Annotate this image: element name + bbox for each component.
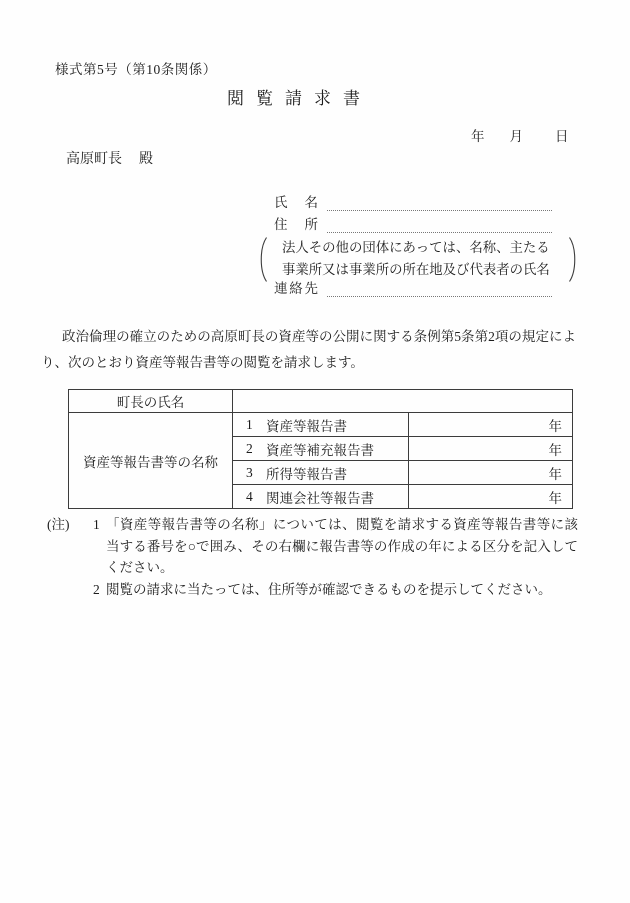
contact-field-label: 連絡先 bbox=[274, 280, 318, 297]
corporate-note: 法人その他の団体にあっては、名称、主たる 事業所又は事業所の所在地及び代表者の氏… bbox=[256, 236, 580, 283]
report-name: 関連会社等報告書 bbox=[266, 487, 374, 507]
report-number: 3 bbox=[246, 465, 254, 481]
date-line: 年月日 bbox=[471, 125, 569, 145]
note-number: 2 bbox=[93, 579, 106, 601]
list-item: 1 「資産等報告書等の名称」については、閲覧を請求する資産等報告書等に該当する番… bbox=[93, 514, 578, 579]
report-name: 資産等補充報告書 bbox=[266, 439, 374, 459]
address-field-row: 住所 bbox=[274, 216, 552, 233]
report-year-cell: 年 bbox=[409, 437, 573, 461]
name-field-row: 氏名 bbox=[274, 194, 552, 211]
date-year-label: 年 bbox=[471, 129, 485, 144]
report-year-cell: 年 bbox=[409, 485, 573, 509]
report-number: 2 bbox=[246, 441, 254, 457]
right-paren-icon bbox=[568, 236, 580, 283]
contact-field-row: 連絡先 bbox=[274, 280, 552, 297]
form-number: 様式第5号（第10条関係） bbox=[55, 58, 217, 78]
corporate-note-line1: 法人その他の団体にあっては、名称、主たる bbox=[282, 237, 554, 259]
request-statement: 政治倫理の確立のための高原町長の資産等の公開に関する条例第5条第2項の規定により… bbox=[41, 324, 576, 376]
notes-prefix: (注) bbox=[47, 514, 93, 600]
report-name: 資産等報告書 bbox=[266, 415, 347, 435]
inspection-request-form-page: 様式第5号（第10条関係） 閲覧請求書 年月日 高原町長殿 氏名 住所 法人その… bbox=[0, 0, 630, 903]
addressee-honorific: 殿 bbox=[139, 152, 153, 167]
report-name-cell: 2 資産等補充報告書 bbox=[233, 439, 408, 459]
contact-field-line bbox=[327, 280, 552, 297]
mayor-name-value-cell bbox=[233, 390, 573, 413]
address-field-line bbox=[327, 216, 552, 233]
note-number: 1 bbox=[93, 514, 106, 579]
corporate-note-text: 法人その他の団体にあっては、名称、主たる 事業所又は事業所の所在地及び代表者の氏… bbox=[268, 236, 568, 283]
note-text: 閲覧の請求に当たっては、住所等が確認できるものを提示してください。 bbox=[106, 579, 578, 601]
left-paren-icon bbox=[256, 236, 268, 283]
mayor-name-header: 町長の氏名 bbox=[69, 390, 233, 413]
date-month-label: 月 bbox=[510, 129, 524, 144]
report-year-cell: 年 bbox=[409, 461, 573, 485]
addressee-name: 高原町長 bbox=[66, 152, 122, 167]
date-day-label: 日 bbox=[555, 129, 569, 144]
name-field-label: 氏名 bbox=[274, 194, 318, 211]
report-number: 4 bbox=[246, 489, 254, 505]
notes-section: (注) 1 「資産等報告書等の名称」については、閲覧を請求する資産等報告書等に該… bbox=[47, 514, 578, 600]
notes-list: 1 「資産等報告書等の名称」については、閲覧を請求する資産等報告書等に該当する番… bbox=[93, 514, 578, 600]
report-name-cell: 4 関連会社等報告書 bbox=[233, 487, 408, 507]
table-row: 町長の氏名 bbox=[69, 390, 573, 413]
report-name: 所得等報告書 bbox=[266, 463, 347, 483]
report-name-cell: 1 資産等報告書 bbox=[233, 415, 408, 435]
address-field-label: 住所 bbox=[274, 216, 318, 233]
report-year-cell: 年 bbox=[409, 413, 573, 437]
report-number: 1 bbox=[246, 417, 254, 433]
report-name-cell: 3 所得等報告書 bbox=[233, 463, 408, 483]
page-title: 閲覧請求書 bbox=[227, 84, 372, 109]
report-names-group-label: 資産等報告書等の名称 bbox=[69, 413, 233, 509]
note-text: 「資産等報告書等の名称」については、閲覧を請求する資産等報告書等に該当する番号を… bbox=[106, 514, 578, 579]
table-row: 資産等報告書等の名称 1 資産等報告書 年 bbox=[69, 413, 573, 437]
name-field-line bbox=[327, 194, 552, 211]
request-table: 町長の氏名 資産等報告書等の名称 1 資産等報告書 年 2 資産等補充報告書 年 bbox=[68, 389, 573, 509]
addressee: 高原町長殿 bbox=[66, 148, 153, 168]
corporate-note-line2: 事業所又は事業所の所在地及び代表者の氏名 bbox=[282, 259, 554, 281]
list-item: 2 閲覧の請求に当たっては、住所等が確認できるものを提示してください。 bbox=[93, 579, 578, 601]
